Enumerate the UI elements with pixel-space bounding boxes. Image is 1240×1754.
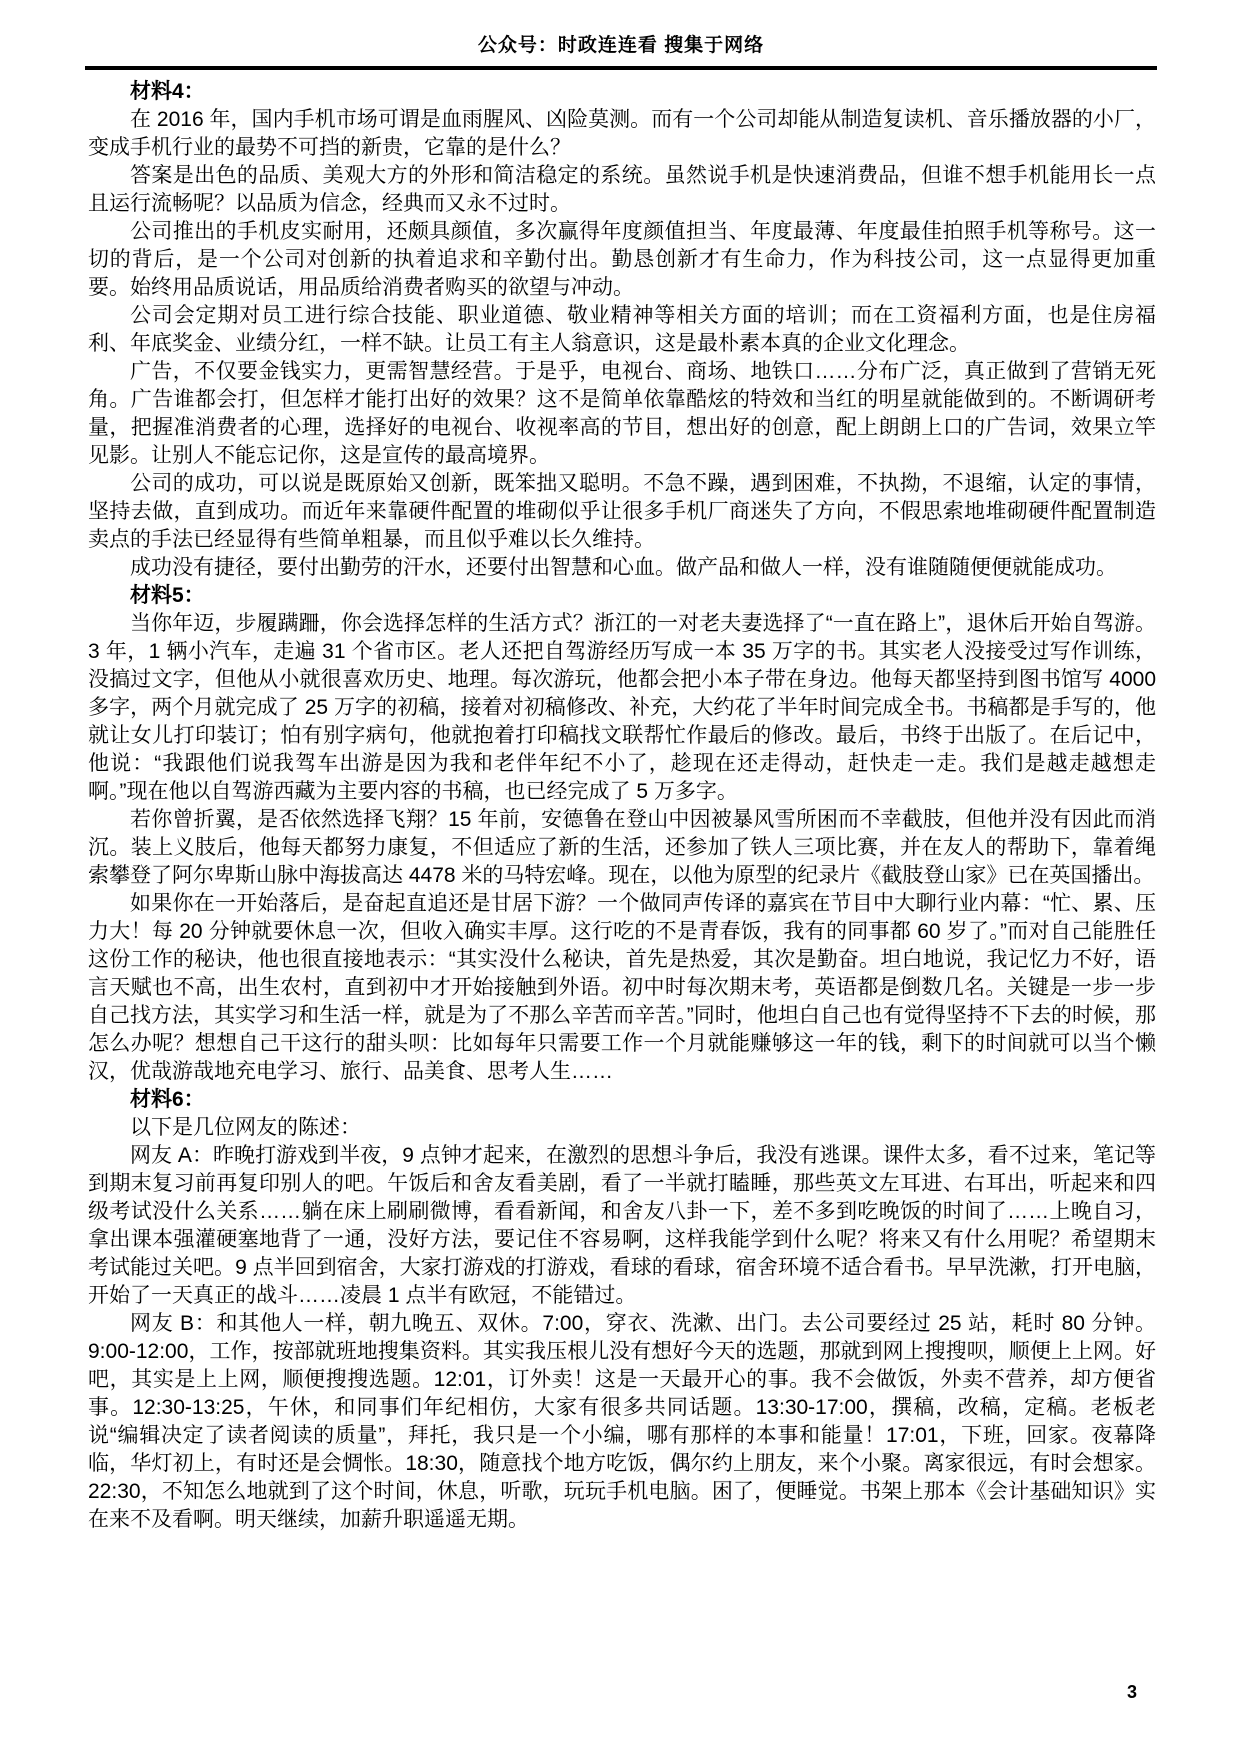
page-number: 3 [1127,1682,1137,1703]
paragraph: 公司会定期对员工进行综合技能、职业道德、敬业精神等相关方面的培训；而在工资福利方… [88,302,1156,358]
section-heading: 材料6： [88,1086,1156,1114]
document-page: 公众号：时政连连看 搜集于网络 材料4：在 2016 年，国内手机市场可谓是血雨… [0,0,1240,1754]
paragraph: 若你曾折翼，是否依然选择飞翔？15 年前，安德鲁在登山中因被暴风雪所困而不幸截肢… [88,806,1156,890]
section-heading: 材料5： [88,582,1156,610]
document-header: 公众号：时政连连看 搜集于网络 [85,30,1157,70]
paragraph: 网友 A：昨晚打游戏到半夜，9 点钟才起来，在激烈的思想斗争后，我没有逃课。课件… [88,1142,1156,1310]
paragraph: 网友 B：和其他人一样，朝九晚五、双休。7:00，穿衣、洗漱、出门。去公司要经过… [88,1310,1156,1534]
paragraph: 答案是出色的品质、美观大方的外形和简洁稳定的系统。虽然说手机是快速消费品，但谁不… [88,162,1156,218]
section-heading: 材料4： [88,78,1156,106]
header-title: 公众号：时政连连看 搜集于网络 [478,35,764,56]
paragraph: 以下是几位网友的陈述： [88,1114,1156,1142]
document-content: 材料4：在 2016 年，国内手机市场可谓是血雨腥风、凶险莫测。而有一个公司却能… [88,78,1156,1534]
paragraph: 如果你在一开始落后，是奋起直追还是甘居下游？一个做同声传译的嘉宾在节目中大聊行业… [88,890,1156,1086]
paragraph: 在 2016 年，国内手机市场可谓是血雨腥风、凶险莫测。而有一个公司却能从制造复… [88,106,1156,162]
paragraph: 成功没有捷径，要付出勤劳的汗水，还要付出智慧和心血。做产品和做人一样，没有谁随随… [88,554,1156,582]
paragraph: 广告，不仅要金钱实力，更需智慧经营。于是乎，电视台、商场、地铁口……分布广泛，真… [88,358,1156,470]
paragraph: 当你年迈，步履蹒跚，你会选择怎样的生活方式？浙江的一对老夫妻选择了“一直在路上”… [88,610,1156,806]
paragraph: 公司的成功，可以说是既原始又创新，既笨拙又聪明。不急不躁，遇到困难，不执拗，不退… [88,470,1156,554]
paragraph: 公司推出的手机皮实耐用，还颇具颜值，多次赢得年度颜值担当、年度最薄、年度最佳拍照… [88,218,1156,302]
